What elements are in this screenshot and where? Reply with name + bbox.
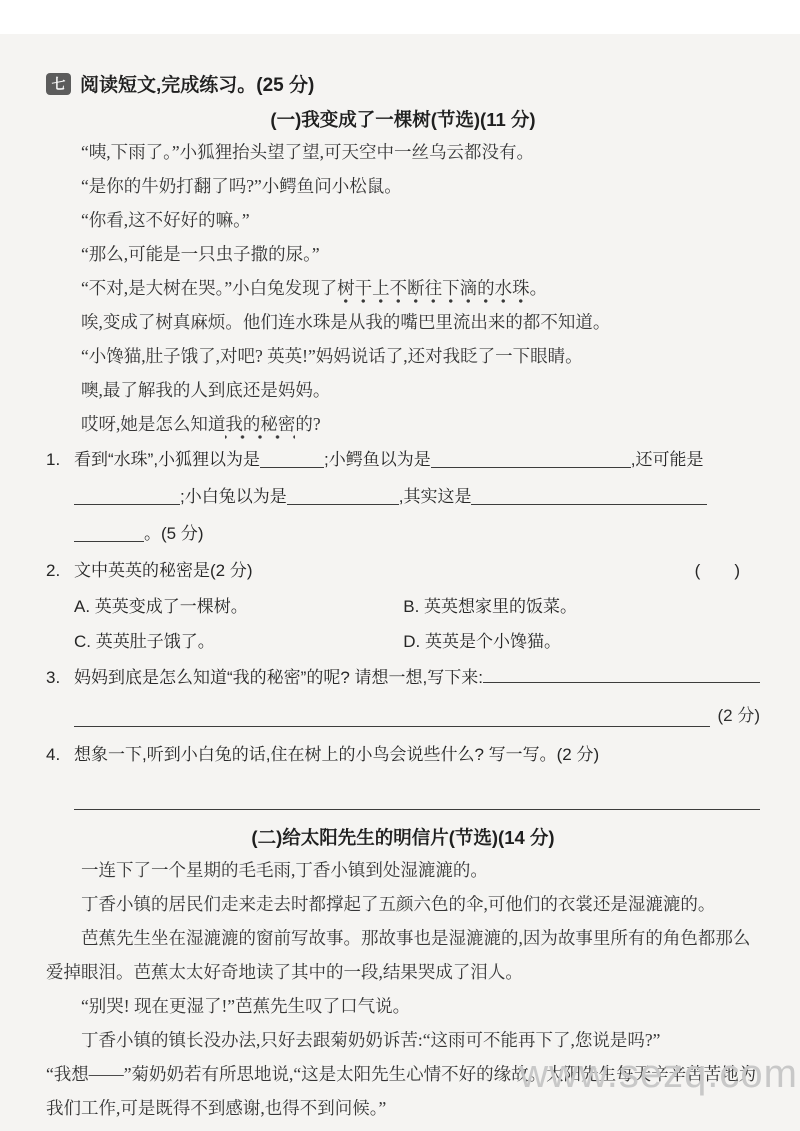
option-b: B. 英英想家里的饭菜。	[403, 589, 732, 624]
passage1-p5-post: 。	[530, 278, 548, 298]
question-1-text: ,还可能是	[631, 450, 704, 469]
passage1-body: “咦,下雨了。”小狐狸抬头望了望,可天空中一丝乌云都没有。 “是你的牛奶打翻了吗…	[46, 135, 760, 441]
section-heading-row: 七 阅读短文,完成练习。(25 分)	[46, 70, 760, 97]
section-number-badge: 七	[46, 73, 71, 95]
answer-blank	[74, 487, 180, 505]
question-1-text: ;小鳄鱼以为是	[324, 450, 431, 469]
worksheet-page: 七 阅读短文,完成练习。(25 分) (一)我变成了一棵树(节选)(11 分) …	[0, 0, 800, 1131]
answer-blank	[471, 487, 707, 505]
question-3-line2: (2 分)	[46, 696, 760, 736]
answer-blank	[287, 487, 399, 505]
question-2: 2. 文中英英的秘密是(2 分) ( )	[46, 552, 760, 589]
watermark-text: www.sezq.com	[519, 1052, 798, 1097]
passage1-p5-pre: “不对,是大树在哭。”小白兔发现了	[81, 278, 337, 298]
question-2-number: 2.	[46, 552, 60, 589]
passage1-paragraph: “你看,这不好好的嘛。”	[46, 203, 760, 237]
option-d: D. 英英是个小馋猫。	[403, 624, 732, 659]
passage2-paragraph: 丁香小镇的居民们走来走去时都撑起了五颜六色的伞,可他们的衣裳还是湿漉漉的。	[46, 887, 760, 921]
question-2-text: 文中英英的秘密是(2 分)	[74, 552, 253, 589]
question-1-text: ;小白兔以为是	[180, 487, 287, 506]
question-4: 4. 想象一下,听到小白兔的话,住在树上的小鸟会说些什么? 写一写。(2 分)	[46, 736, 760, 773]
answer-blank	[431, 450, 631, 468]
question-1-text: ,其实这是	[399, 487, 472, 506]
option-c: C. 英英肚子饿了。	[74, 624, 403, 659]
passage1-paragraph: “不对,是大树在哭。”小白兔发现了树干上不断往下滴的水珠。	[46, 271, 760, 305]
passage1-paragraph: “是你的牛奶打翻了吗?”小鳄鱼问小松鼠。	[46, 169, 760, 203]
answer-blank	[74, 524, 144, 542]
question-1-number: 1.	[46, 441, 60, 478]
question-1: 1.看到“水珠”,小狐狸以为是;小鳄鱼以为是,还可能是;小白兔以为是,其实这是。…	[46, 441, 760, 552]
question-2-line: 文中英英的秘密是(2 分) ( )	[74, 552, 760, 589]
answer-blank	[260, 450, 324, 468]
section-heading: 阅读短文,完成练习。(25 分)	[80, 70, 314, 97]
passage1-paragraph: 噢,最了解我的人到底还是妈妈。	[46, 373, 760, 407]
question-1-text: 看到“水珠”,小狐狸以为是	[74, 450, 260, 469]
passage1-paragraph: “咦,下雨了。”小狐狸抬头望了望,可天空中一丝乌云都没有。	[46, 135, 760, 169]
question-3-text: 妈妈到底是怎么知道“我的秘密”的呢? 请想一想,写下来:	[74, 659, 483, 696]
passage1-p9-post: 的?	[295, 414, 320, 434]
passage1-paragraph: 哎呀,她是怎么知道我的秘密的?	[46, 407, 760, 441]
passage1-title: (一)我变成了一棵树(节选)(11 分)	[46, 106, 760, 132]
answer-blank	[74, 709, 710, 727]
passage2-title: (二)给太阳先生的明信片(节选)(14 分)	[46, 824, 760, 850]
emphasized-text: 我的秘密	[225, 414, 295, 440]
question-4-number: 4.	[46, 736, 60, 773]
question-4-text: 想象一下,听到小白兔的话,住在树上的小鸟会说些什么? 写一写。(2 分)	[74, 745, 599, 764]
question-3: 3. 妈妈到底是怎么知道“我的秘密”的呢? 请想一想,写下来:	[46, 659, 760, 696]
question-2-options: A. 英英变成了一棵树。 B. 英英想家里的饭菜。 C. 英英肚子饿了。 D. …	[46, 589, 760, 659]
question-3-line1: 妈妈到底是怎么知道“我的秘密”的呢? 请想一想,写下来:	[74, 659, 760, 696]
passage1-paragraph: 唉,变成了树真麻烦。他们连水珠是从我的嘴巴里流出来的都不知道。	[46, 305, 760, 339]
passage1-paragraph: “小馋猫,肚子饿了,对吧? 英英!”妈妈说话了,还对我眨了一下眼睛。	[46, 339, 760, 373]
passage1-p9-pre: 哎呀,她是怎么知道	[81, 414, 225, 434]
passage2-paragraph: 一连下了一个星期的毛毛雨,丁香小镇到处湿漉漉的。	[46, 853, 760, 887]
answer-bracket: ( )	[695, 552, 740, 589]
answer-line	[74, 775, 760, 810]
passage2-paragraph: 芭蕉先生坐在湿漉漉的窗前写故事。那故事也是湿漉漉的,因为故事里所有的角色都那么爱…	[46, 921, 760, 989]
worksheet-content: 七 阅读短文,完成练习。(25 分) (一)我变成了一棵树(节选)(11 分) …	[0, 0, 800, 1125]
question-1-score: 。(5 分)	[144, 524, 204, 543]
question-3-number: 3.	[46, 659, 60, 696]
passage1-paragraph: “那么,可能是一只虫子撒的尿。”	[46, 237, 760, 271]
emphasized-text: 树干上不断往下滴的水珠	[337, 278, 530, 304]
passage2-paragraph: “别哭! 现在更湿了!”芭蕉先生叹了口气说。	[46, 989, 760, 1023]
answer-blank	[483, 665, 760, 683]
option-a: A. 英英变成了一棵树。	[74, 589, 403, 624]
question-3-score: (2 分)	[710, 696, 761, 736]
